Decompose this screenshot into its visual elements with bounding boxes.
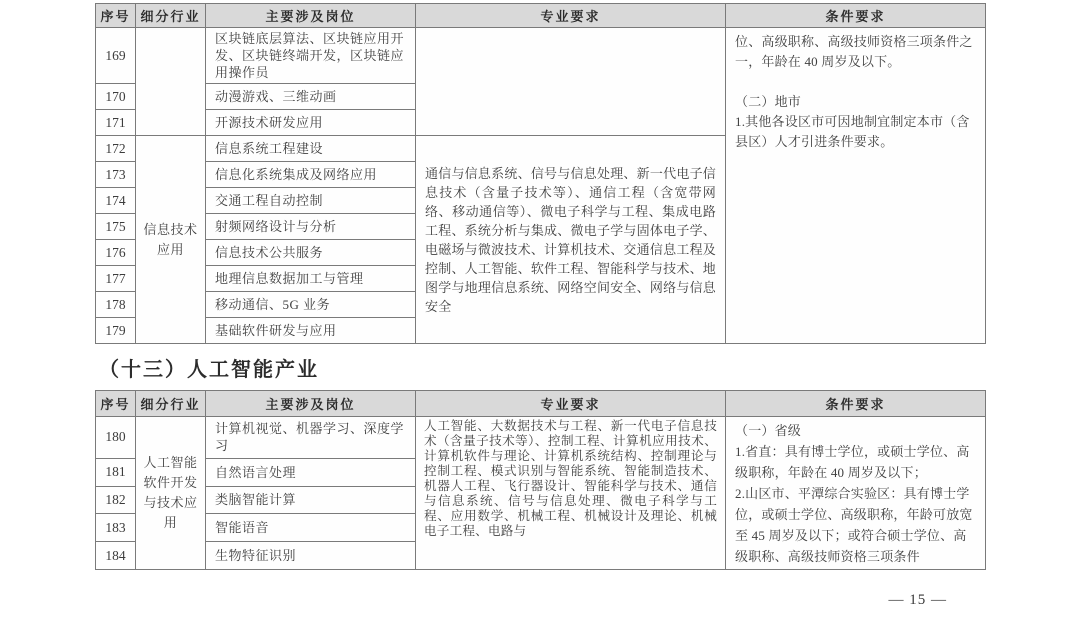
position-cell: 区块链底层算法、区块链应用开发、区块链终端开发，区块链应用操作员 [206, 28, 416, 84]
row-number-cell: 173 [96, 162, 136, 188]
condition-requirements-cell: 位、高级职称、高级技师资格三项条件之一，年龄在 40 周岁及以下。 （二）地市 … [726, 28, 986, 344]
header-col-major: 专业要求 [416, 4, 726, 28]
position-cell: 智能语音 [206, 514, 416, 542]
position-cell: 信息化系统集成及网络应用 [206, 162, 416, 188]
position-cell: 类脑智能计算 [206, 486, 416, 514]
header-col-condition: 条件要求 [726, 391, 986, 417]
header-col-condition: 条件要求 [726, 4, 986, 28]
row-number-cell: 184 [96, 542, 136, 570]
header-col-positions: 主要涉及岗位 [206, 4, 416, 28]
position-cell: 动漫游戏、三维动画 [206, 84, 416, 110]
row-number-cell: 180 [96, 417, 136, 459]
row-number-cell: 171 [96, 110, 136, 136]
major-requirements-cell: 通信与信息系统、信号与信息处理、新一代电子信息技术（含量子技术等）、通信工程（含… [416, 136, 726, 344]
header-col-major: 专业要求 [416, 391, 726, 417]
position-cell: 信息技术公共服务 [206, 240, 416, 266]
section-title: （十三）人工智能产业 [99, 357, 985, 384]
document-page: 序号 细分行业 主要涉及岗位 专业要求 条件要求 169 区块链底层算法、区块链… [95, 0, 985, 609]
row-number-cell: 178 [96, 292, 136, 318]
industry-cell-blank [136, 28, 206, 136]
row-number-cell: 177 [96, 266, 136, 292]
position-cell: 地理信息数据加工与管理 [206, 266, 416, 292]
header-col-positions: 主要涉及岗位 [206, 391, 416, 417]
position-cell: 计算机视觉、机器学习、深度学习 [206, 417, 416, 459]
row-number-cell: 182 [96, 486, 136, 514]
position-cell: 移动通信、5G 业务 [206, 292, 416, 318]
position-cell: 交通工程自动控制 [206, 188, 416, 214]
industry-table-info-tech: 序号 细分行业 主要涉及岗位 专业要求 条件要求 169 区块链底层算法、区块链… [95, 3, 986, 344]
row-number-cell: 170 [96, 84, 136, 110]
industry-cell: 信息技术应用 [136, 136, 206, 344]
row-number-cell: 179 [96, 318, 136, 344]
position-cell: 开源技术研发应用 [206, 110, 416, 136]
header-col-no: 序号 [96, 4, 136, 28]
position-cell: 生物特征识别 [206, 542, 416, 570]
header-col-industry: 细分行业 [136, 4, 206, 28]
table-row: 180 人工智能软件开发与技术应用 计算机视觉、机器学习、深度学习 人工智能、大… [96, 417, 986, 459]
row-number-cell: 174 [96, 188, 136, 214]
row-number-cell: 172 [96, 136, 136, 162]
page-number: — 15 — [95, 592, 985, 609]
major-requirements-cell: 人工智能、大数据技术与工程、新一代电子信息技术（含量子技术等）、控制工程、计算机… [416, 417, 726, 570]
header-col-industry: 细分行业 [136, 391, 206, 417]
position-cell: 自然语言处理 [206, 458, 416, 486]
condition-requirements-cell: （一）省级 1.省直：具有博士学位，或硕士学位、高级职称，年龄在 40 周岁及以… [726, 417, 986, 570]
table-header-row: 序号 细分行业 主要涉及岗位 专业要求 条件要求 [96, 391, 986, 417]
header-col-no: 序号 [96, 391, 136, 417]
row-number-cell: 176 [96, 240, 136, 266]
industry-table-ai: 序号 细分行业 主要涉及岗位 专业要求 条件要求 180 人工智能软件开发与技术… [95, 390, 986, 570]
position-cell: 信息系统工程建设 [206, 136, 416, 162]
row-number-cell: 183 [96, 514, 136, 542]
row-number-cell: 169 [96, 28, 136, 84]
row-number-cell: 175 [96, 214, 136, 240]
table-row: 169 区块链底层算法、区块链应用开发、区块链终端开发，区块链应用操作员 位、高… [96, 28, 986, 84]
position-cell: 射频网络设计与分析 [206, 214, 416, 240]
major-cell-blank [416, 28, 726, 136]
row-number-cell: 181 [96, 458, 136, 486]
industry-cell: 人工智能软件开发与技术应用 [136, 417, 206, 570]
position-cell: 基础软件研发与应用 [206, 318, 416, 344]
table-header-row: 序号 细分行业 主要涉及岗位 专业要求 条件要求 [96, 4, 986, 28]
